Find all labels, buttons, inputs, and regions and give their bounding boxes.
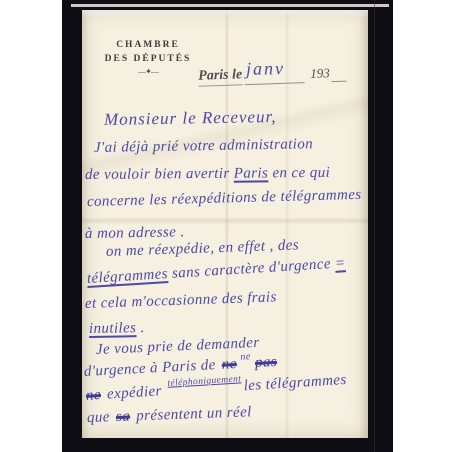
photo-top-edge-highlight xyxy=(71,4,389,7)
photo-right-edge-line xyxy=(374,0,375,452)
photo-black-mat: CHAMBRE DES DÉPUTÉS —✦— Paris le janv 19… xyxy=(62,0,393,452)
handwriting-line: à mon adresse . xyxy=(85,224,185,243)
letterhead: CHAMBRE DES DÉPUTÉS —✦— xyxy=(98,38,198,76)
salutation: Monsieur le Receveur, xyxy=(104,107,277,130)
printed-place-label: Paris le xyxy=(198,67,243,87)
handwriting-line: que sa présentent un réel xyxy=(87,404,252,427)
handwritten-date: janv xyxy=(246,58,285,80)
printed-year-label: 193 xyxy=(310,65,330,83)
letter-paper: CHAMBRE DES DÉPUTÉS —✦— Paris le janv 19… xyxy=(82,10,368,438)
handwriting-line: concerne les réexpéditions de télégramme… xyxy=(87,187,362,211)
handwriting-line: inutiles . xyxy=(89,320,145,338)
handwriting-line: J'ai déjà prié votre administration xyxy=(94,136,313,157)
handwriting-line: de vouloir bien avertir Paris en ce qui xyxy=(85,165,330,184)
dateline: Paris le janv 193 xyxy=(197,47,358,87)
letterhead-ornament-icon: —✦— xyxy=(98,68,198,76)
year-blank-dash xyxy=(332,68,347,83)
letterhead-line1: CHAMBRE xyxy=(98,38,198,52)
handwriting-line: et cela m'occasionne des frais xyxy=(85,289,277,313)
letterhead-line2: DES DÉPUTÉS xyxy=(98,52,198,66)
date-blank-line: janv xyxy=(244,67,305,85)
